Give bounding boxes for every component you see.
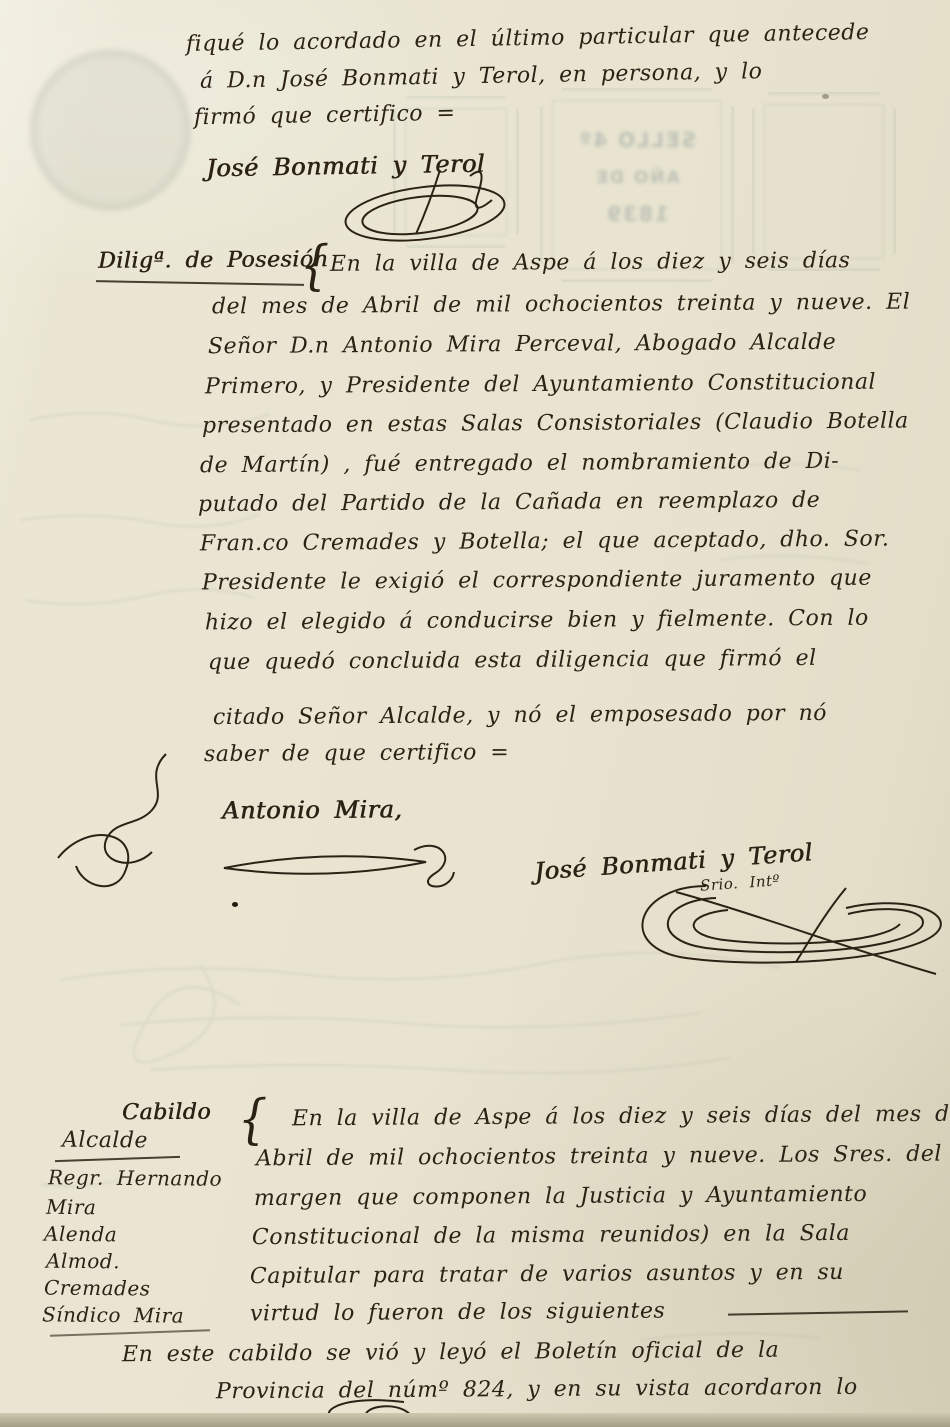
brace: { bbox=[238, 1088, 267, 1150]
margin-list-name: Regr. Hernando bbox=[48, 1165, 222, 1191]
manuscript-line: citado Señor Alcalde, y nó el emposesado… bbox=[213, 701, 827, 730]
brace: { bbox=[300, 234, 329, 296]
manuscript-line: de Martín) , fué entregado el nombramien… bbox=[200, 449, 839, 478]
page-bottom-edge bbox=[0, 1413, 950, 1427]
manuscript-line: saber de que certifico = bbox=[204, 740, 509, 767]
manuscript-line: Abril de mil ochocientos treinta y nueve… bbox=[256, 1142, 942, 1172]
signature-rubric-icon bbox=[218, 838, 458, 898]
signature-antonio-mira: Antonio Mira, bbox=[222, 795, 402, 824]
margin-list-name: Cremades bbox=[44, 1276, 151, 1301]
signature-rubric-icon bbox=[596, 878, 950, 978]
manuscript-line: Constitucional de la misma reunidos) en … bbox=[252, 1221, 850, 1250]
margin-list-name: Síndico Mira bbox=[42, 1302, 184, 1327]
manuscript-page: SELLO 4º AÑO DE 1839 fiqué lo acordado e… bbox=[0, 0, 950, 1427]
manuscript-line: Señor D.n Antonio Mira Perceval, Abogado… bbox=[208, 330, 836, 359]
manuscript-line: En la villa de Aspe á los diez y seis dí… bbox=[330, 248, 851, 277]
manuscript-line: Capitular para tratar de varios asuntos … bbox=[250, 1260, 844, 1289]
margin-list-name: Almod. bbox=[46, 1249, 120, 1274]
manuscript-line: virtud lo fueron de los siguientes bbox=[250, 1299, 665, 1327]
margin-list-name: Mira bbox=[46, 1195, 97, 1219]
manuscript-line: del mes de Abril de mil ochocientos trei… bbox=[212, 290, 910, 320]
manuscript-line: Presidente le exigió el correspondiente … bbox=[202, 566, 872, 596]
manuscript-line: En este cabildo se vió y leyó el Boletín… bbox=[122, 1338, 779, 1368]
manuscript-line: Primero, y Presidente del Ayuntamiento C… bbox=[205, 370, 876, 400]
manuscript-line: margen que componen la Justicia y Ayunta… bbox=[254, 1182, 867, 1211]
manuscript-line: firmó que certifico = bbox=[194, 101, 456, 131]
margin-list-title: Alcalde bbox=[62, 1128, 148, 1154]
signature-rubric-icon bbox=[320, 168, 540, 248]
margin-heading-diligencia: Diligª. de Posesión bbox=[98, 247, 328, 274]
margin-list-name: Alenda bbox=[44, 1222, 118, 1247]
manuscript-line: Fran.co Cremades y Botella; el que acept… bbox=[200, 527, 889, 557]
manuscript-line: En la villa de Aspe á los diez y seis dí… bbox=[292, 1102, 950, 1132]
ink-speck bbox=[822, 94, 829, 99]
manuscript-line: presentado en estas Salas Consistoriales… bbox=[202, 409, 909, 439]
margin-heading-cabildo: Cabildo bbox=[122, 1100, 211, 1126]
manuscript-line: hizo el elegido á conducirse bien y fiel… bbox=[205, 606, 869, 636]
paragraph-flourish-icon bbox=[48, 748, 188, 898]
ink-speck bbox=[232, 902, 238, 907]
manuscript-line: putado del Partido de la Cañada en reemp… bbox=[198, 488, 820, 517]
manuscript-line: que quedó concluida esta diligencia que … bbox=[208, 646, 817, 675]
